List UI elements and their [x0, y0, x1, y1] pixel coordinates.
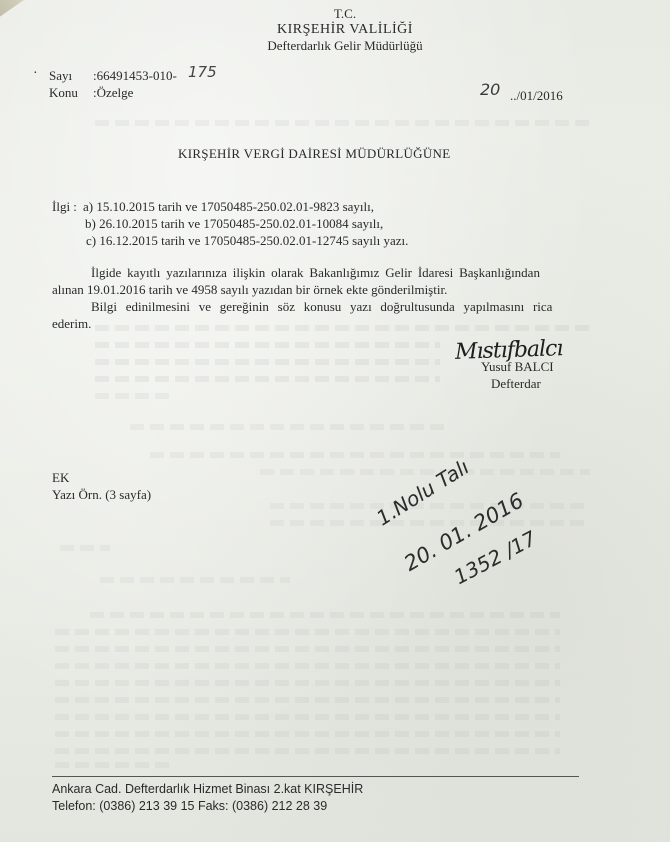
konu-label: Konu	[49, 85, 78, 101]
recipient-heading: KIRŞEHİR VERGİ DAİRESİ MÜDÜRLÜĞÜNE	[178, 146, 451, 162]
reference-item: a) 15.10.2015 tarih ve 17050485-250.02.0…	[83, 199, 374, 215]
references-label: İlgi :	[52, 199, 77, 215]
footer-divider	[52, 776, 579, 777]
bleed-through-line	[270, 503, 590, 509]
bleed-through-line	[95, 342, 440, 348]
sayi-handwritten-number: 175	[188, 63, 217, 81]
bullet-mark: ·	[33, 66, 38, 82]
reference-item: b) 26.10.2015 tarih ve 17050485-250.02.0…	[85, 216, 383, 232]
attachment-item: Yazı Örn. (3 sayfa)	[52, 487, 151, 503]
document-date: ../01/2016	[510, 88, 563, 104]
bleed-through-line	[55, 714, 560, 720]
bleed-through-line	[95, 325, 590, 331]
body-paragraph-1-line-1: İlgide kayıtlı yazılarınıza ilişkin olar…	[91, 265, 540, 281]
bleed-through-line	[55, 748, 560, 754]
footer-phone-fax: Telefon: (0386) 213 39 15 Faks: (0386) 2…	[52, 799, 327, 813]
bleed-through-line	[95, 359, 440, 365]
bleed-through-line	[60, 545, 110, 551]
signer-title: Defterdar	[491, 376, 541, 392]
bleed-through-line	[90, 612, 560, 618]
bleed-through-line	[95, 393, 170, 399]
bleed-through-line	[100, 577, 290, 583]
bleed-through-line	[55, 680, 560, 686]
reference-item: c) 16.12.2015 tarih ve 17050485-250.02.0…	[86, 233, 408, 249]
bleed-through-line	[55, 762, 170, 768]
body-paragraph-2-line-2: ederim.	[52, 316, 91, 332]
body-paragraph-1-line-2: alınan 19.01.2016 tarih ve 4958 sayılı y…	[52, 282, 447, 298]
sayi-label: Sayı	[49, 68, 72, 84]
bleed-through-line	[55, 731, 560, 737]
scanned-page: T.C. KIRŞEHİR VALİLİĞİ Defterdarlık Geli…	[0, 0, 670, 842]
sayi-value: :66491453-010-	[93, 68, 177, 84]
footer-address: Ankara Cad. Defterdarlık Hizmet Binası 2…	[52, 782, 363, 796]
bleed-through-line	[260, 469, 590, 475]
handwritten-note-line-1: 1.Nolu Talı	[372, 455, 473, 531]
bleed-through-line	[55, 646, 560, 652]
bleed-through-line	[95, 120, 590, 126]
signer-name: Yusuf BALCI	[481, 359, 554, 375]
letterhead-country: T.C.	[10, 6, 670, 22]
konu-value: :Özelge	[93, 85, 133, 101]
bleed-through-line	[270, 520, 590, 526]
bleed-through-line	[130, 424, 450, 430]
body-paragraph-2-line-1: Bilgi edinilmesini ve gereğinin söz konu…	[91, 299, 552, 315]
bleed-through-line	[95, 376, 440, 382]
letterhead-department: Defterdarlık Gelir Müdürlüğü	[10, 38, 670, 54]
attachments-label: EK	[52, 470, 69, 486]
letterhead-governorship: KIRŞEHİR VALİLİĞİ	[10, 22, 670, 38]
bleed-through-line	[150, 452, 560, 458]
date-handwritten-day: 20	[480, 80, 500, 99]
bleed-through-line	[55, 663, 560, 669]
bleed-through-line	[55, 629, 560, 635]
bleed-through-line	[55, 697, 560, 703]
